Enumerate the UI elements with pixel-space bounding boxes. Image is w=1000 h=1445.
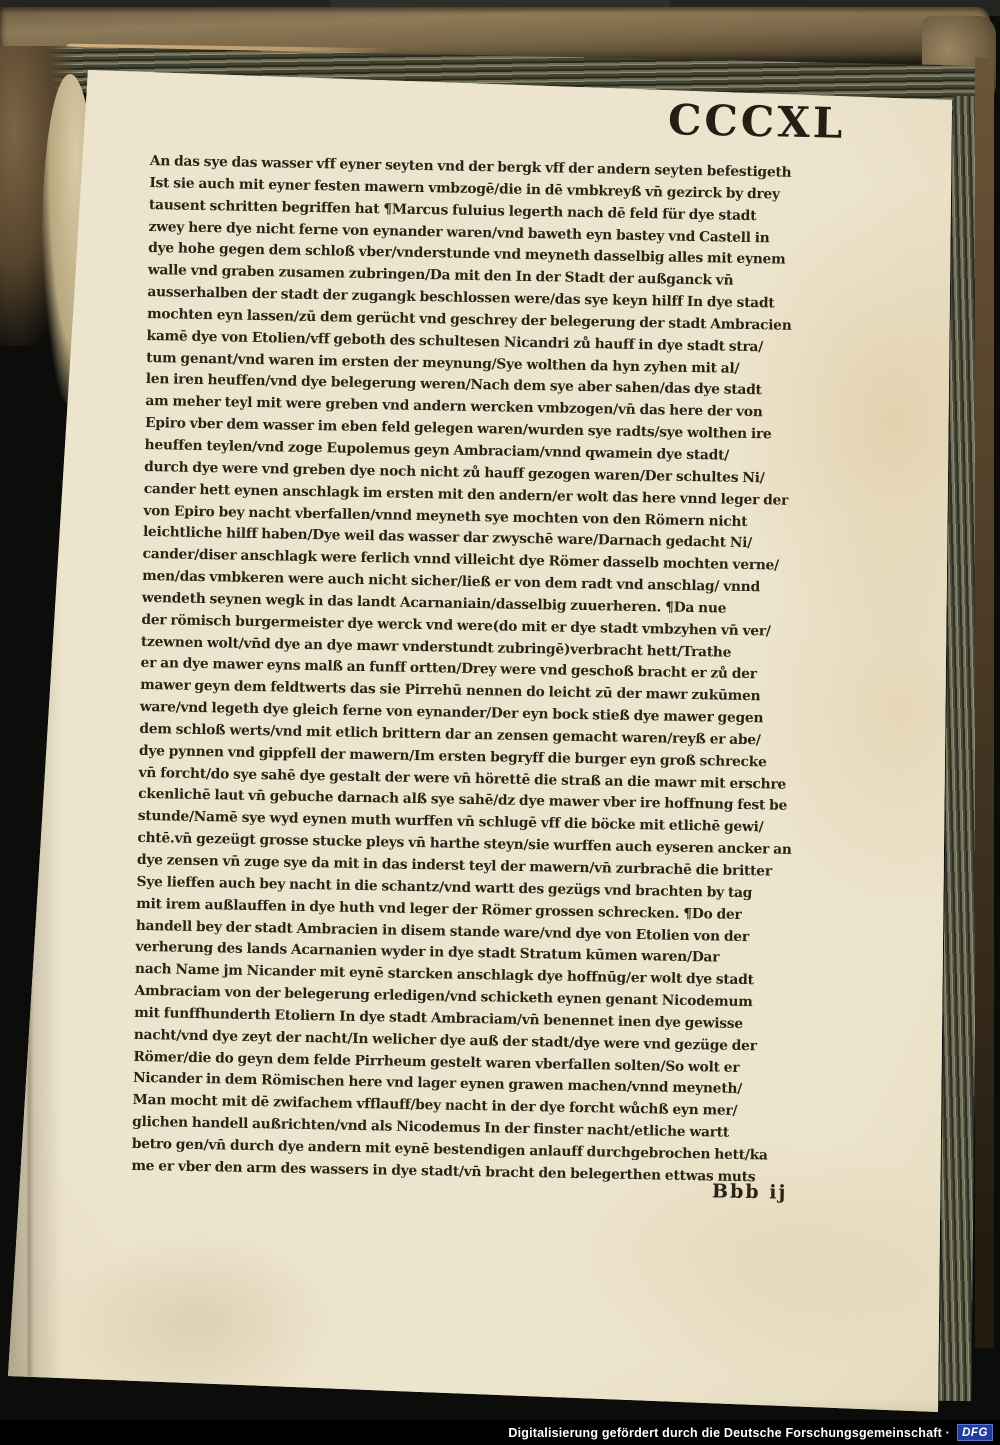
digitisation-credit-text: Digitalisierung gefördert durch die Deut… [508,1426,950,1440]
blackletter-text-block: An das sye das wasser vff eyner seyten v… [131,151,888,1191]
signature-mark: Bbb ij [712,1180,788,1203]
dfg-logo: DFG [957,1424,993,1441]
dfg-credit-bar: Digitalisierung gefördert durch die Deut… [0,1420,1000,1445]
cover-edge-right [975,58,994,1348]
page-number: CCCXL [668,95,846,148]
book-scan: CCCXL An das sye das wasser vff eyner se… [0,0,1000,1445]
